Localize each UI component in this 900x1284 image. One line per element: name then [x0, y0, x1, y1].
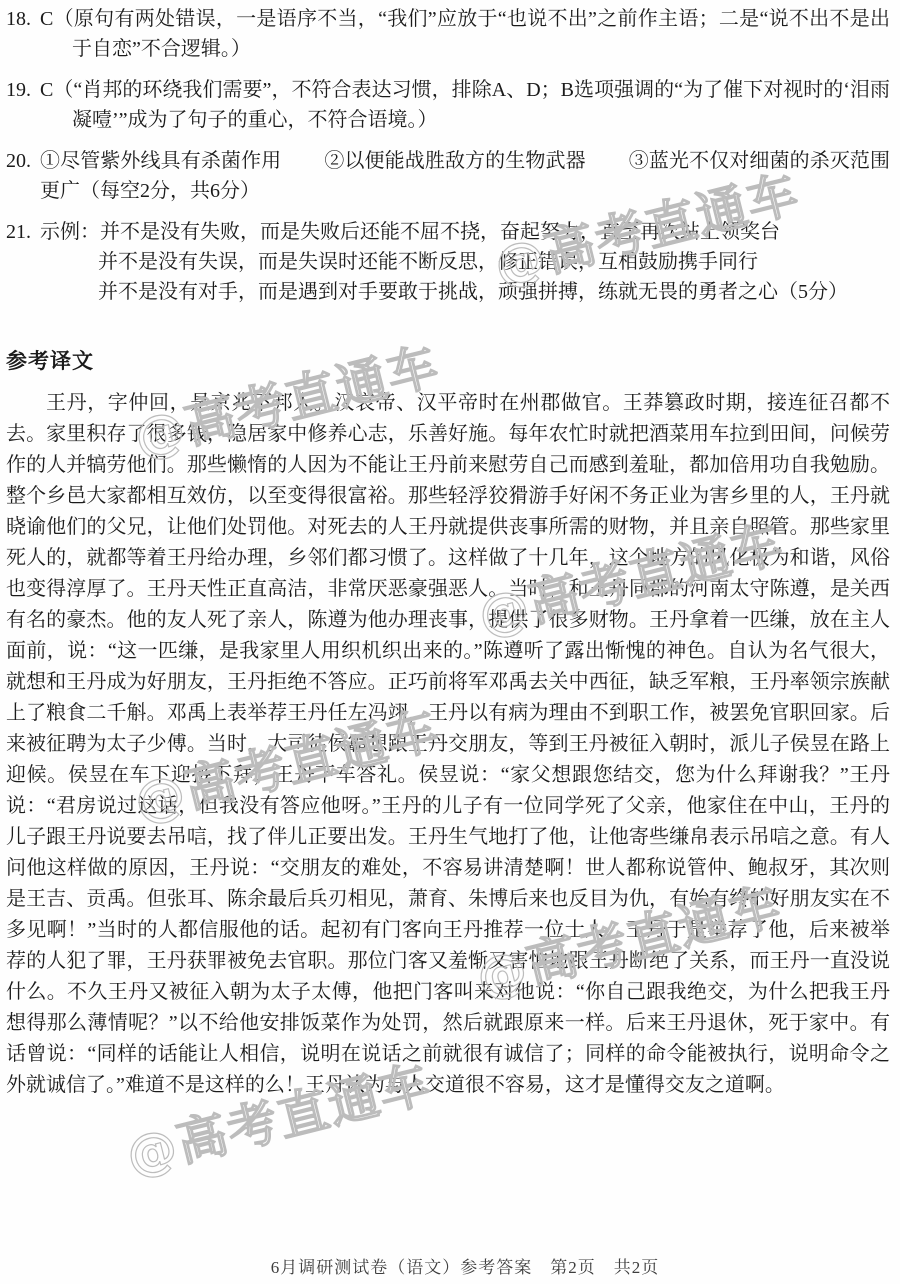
- page-footer: 6月调研测试卷（语文）参考答案 第2页 共2页: [0, 1253, 900, 1278]
- translation-paragraph: 王丹，字仲回，是京兆下邦人。汉哀帝、汉平帝时在州郡做官。王莽篡政时期，接连征召都…: [6, 388, 890, 1101]
- translation-heading: 参考译文: [6, 345, 890, 375]
- example-label: 示例：: [40, 221, 100, 243]
- answer-item-20: 20. ①尽管紫外线具有杀菌作用 ②以便能战胜敌方的生物武器 ③蓝光不仅对细菌的…: [6, 146, 890, 206]
- answer-number: 19.: [6, 75, 40, 135]
- answer-text: 示例：并不是没有失败，而是失败后还能不屈不挠，奋起努力，直至再次站上领奖台 并不…: [40, 217, 890, 307]
- example-line-1: 示例：并不是没有失败，而是失败后还能不屈不挠，奋起努力，直至再次站上领奖台: [40, 217, 890, 247]
- answer-text: ①尽管紫外线具有杀菌作用 ②以便能战胜敌方的生物武器 ③蓝光不仅对细菌的杀灭范围…: [40, 146, 890, 206]
- example-text: 并不是没有失败，而是失败后还能不屈不挠，奋起努力，直至再次站上领奖台: [100, 221, 780, 243]
- example-line-3: 并不是没有对手，而是遇到对手要敢于挑战，顽强拼搏，练就无畏的勇者之心（5分）: [40, 277, 890, 307]
- answer-item-19: 19. C（“肖邦的环绕我们需要”，不符合表达习惯，排除A、D；B选项强调的“为…: [6, 75, 890, 135]
- answer-item-21: 21. 示例：并不是没有失败，而是失败后还能不屈不挠，奋起努力，直至再次站上领奖…: [6, 217, 890, 307]
- answer-blank-2: ②以便能战胜敌方的生物武器: [324, 150, 585, 172]
- scanned-answer-sheet-page: @高考直通车 @高考直通车 @高考直通车 @高考直通车 @高考直通车 @高考直通…: [0, 0, 900, 1284]
- page-content: 18. C（原句有两处错误，一是语序不当，“我们”应放于“也说不出”之前作主语；…: [6, 4, 890, 1101]
- answer-blank-1: ①尽管紫外线具有杀菌作用: [40, 150, 281, 172]
- footer-page-total: 共2页: [614, 1253, 660, 1278]
- footer-title: 6月调研测试卷（语文）参考答案: [271, 1253, 533, 1278]
- answer-number: 18.: [6, 4, 40, 64]
- answer-text: C（“肖邦的环绕我们需要”，不符合表达习惯，排除A、D；B选项强调的“为了催下对…: [40, 75, 890, 135]
- answer-text: C（原句有两处错误，一是语序不当，“我们”应放于“也说不出”之前作主语；二是“说…: [40, 4, 890, 64]
- footer-page-number: 第2页: [550, 1253, 596, 1278]
- answer-number: 20.: [6, 146, 40, 206]
- answer-item-18: 18. C（原句有两处错误，一是语序不当，“我们”应放于“也说不出”之前作主语；…: [6, 4, 890, 64]
- example-line-2: 并不是没有失误，而是失误时还能不断反思，修正错误，互相鼓励携手同行: [40, 247, 890, 277]
- answer-number: 21.: [6, 217, 40, 307]
